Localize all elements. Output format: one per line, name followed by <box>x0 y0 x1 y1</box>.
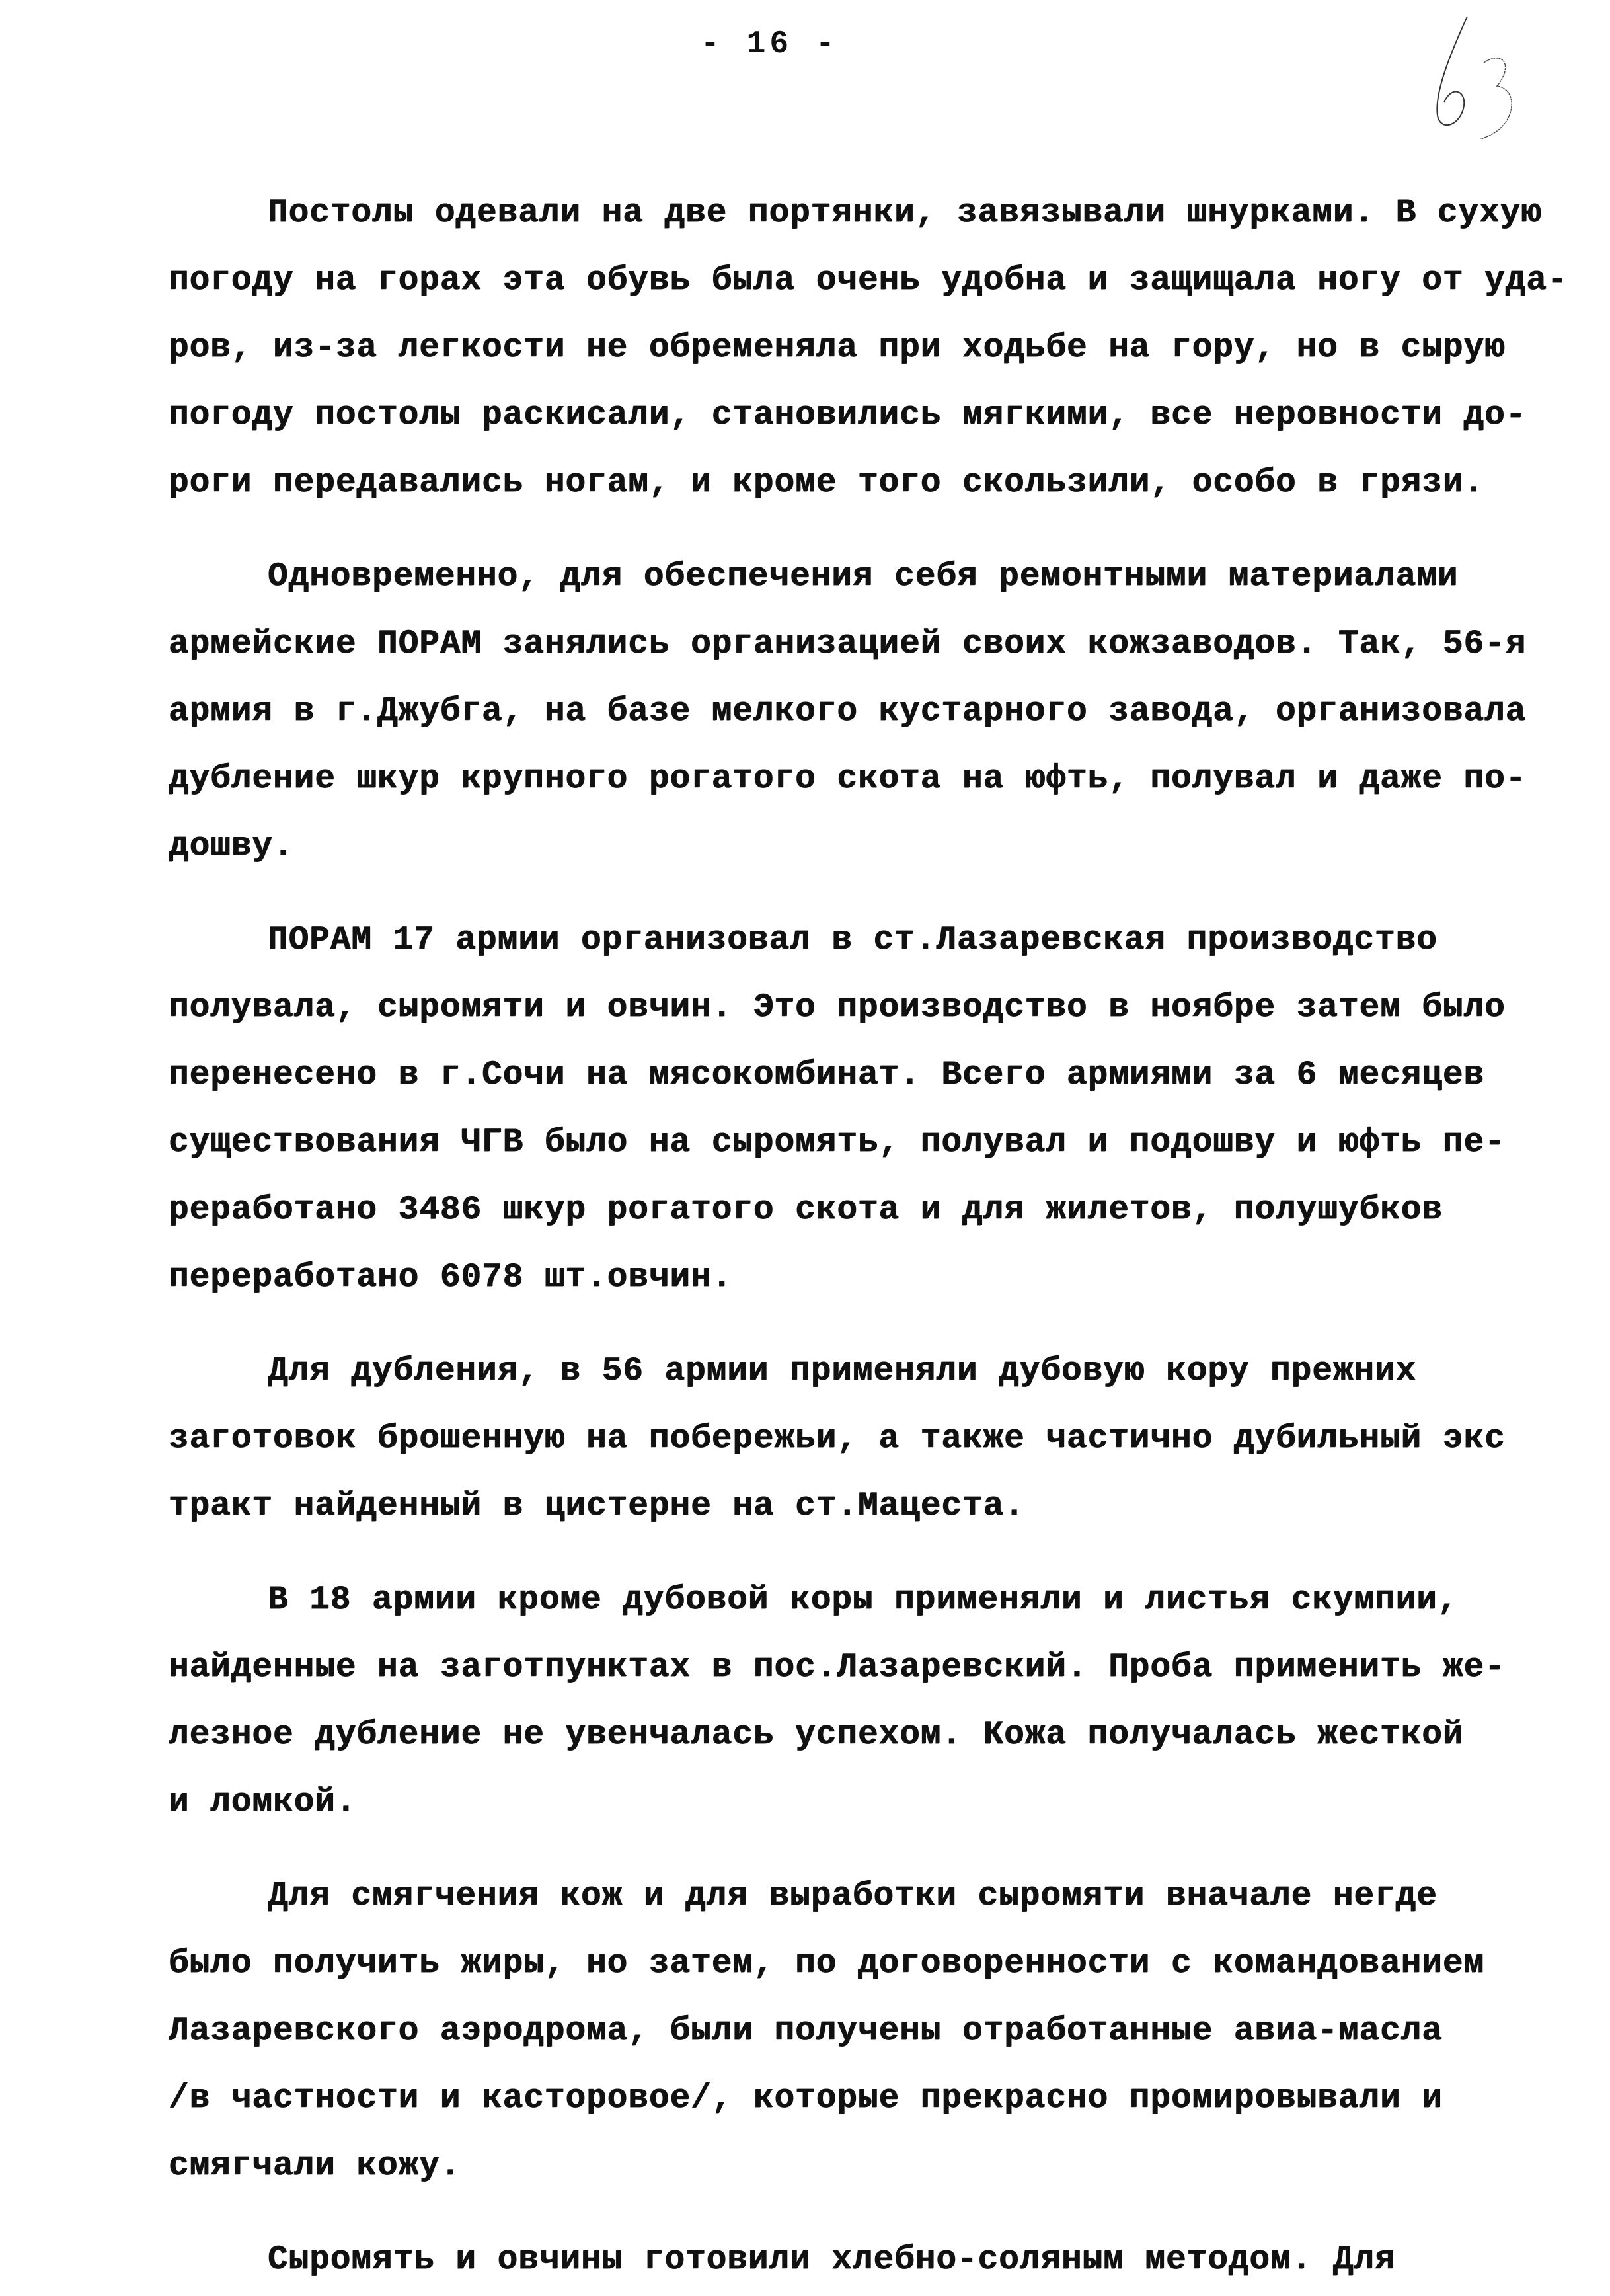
text-line: полувала, сыромяти и овчин. Это производ… <box>169 974 1490 1042</box>
text-line: дубление шкур крупного рогатого скота на… <box>169 746 1490 813</box>
text-line: армия в г.Джубга, на базе мелкого кустар… <box>169 678 1490 746</box>
text-line: армейские ПОРАМ занялись организацией св… <box>169 611 1490 678</box>
text-line: роги передавались ногам, и кроме того ск… <box>169 450 1490 517</box>
text-line: ров, из-за легкости не обременяла при хо… <box>169 315 1490 382</box>
text-line: /в частности и касторовое/, которые прек… <box>169 2065 1490 2133</box>
text-line: переработано 6078 шт.овчин. <box>169 1244 1490 1312</box>
text-line: Для дубления, в 56 армии применяли дубов… <box>169 1338 1490 1405</box>
paragraph-gap <box>169 2200 1490 2227</box>
page-number: - 16 - <box>701 26 839 62</box>
text-line: смягчали кожу. <box>169 2133 1490 2200</box>
paragraph-gap <box>169 1540 1490 1567</box>
text-line: реработано 3486 шкур рогатого скота и дл… <box>169 1177 1490 1244</box>
text-line: Постолы одевали на две портянки, завязыв… <box>169 180 1490 247</box>
text-line: Сыромять и овчины готовили хлебно-соляны… <box>169 2227 1490 2294</box>
text-line: Для смягчения кож и для выработки сыромя… <box>169 1863 1490 1930</box>
text-line: найденные на заготпунктах в пос.Лазаревс… <box>169 1634 1490 1702</box>
text-line: существования ЧГВ было на сыромять, полу… <box>169 1109 1490 1177</box>
text-line: заготовок брошенную на побережьи, а такж… <box>169 1405 1490 1473</box>
text-line: ПОРАМ 17 армии организовал в ст.Лазаревс… <box>169 907 1490 974</box>
handwritten-folio-number <box>1388 13 1540 145</box>
text-line: лезное дубление не увенчалась успехом. К… <box>169 1702 1490 1769</box>
text-line: В 18 армии кроме дубовой коры применяли … <box>169 1567 1490 1634</box>
text-line: Одновременно, для обеспечения себя ремон… <box>169 543 1490 611</box>
paragraph-gap <box>169 881 1490 907</box>
text-line: погоду постолы раскисали, становились мя… <box>169 382 1490 450</box>
text-line: тракт найденный в цистерне на ст.Мацеста… <box>169 1473 1490 1540</box>
text-line: погоду на горах эта обувь была очень удо… <box>169 247 1490 315</box>
paragraph-gap <box>169 517 1490 543</box>
text-line: и ломкой. <box>169 1769 1490 1837</box>
text-line: Лазаревского аэродрома, были получены от… <box>169 1998 1490 2065</box>
text-line: перенесено в г.Сочи на мясокомбинат. Все… <box>169 1042 1490 1109</box>
text-line: было получить жиры, но затем, по договор… <box>169 1930 1490 1998</box>
document-body: Постолы одевали на две портянки, завязыв… <box>169 180 1490 2294</box>
text-line: дошву. <box>169 813 1490 881</box>
paragraph-gap <box>169 1837 1490 1863</box>
paragraph-gap <box>169 1312 1490 1338</box>
